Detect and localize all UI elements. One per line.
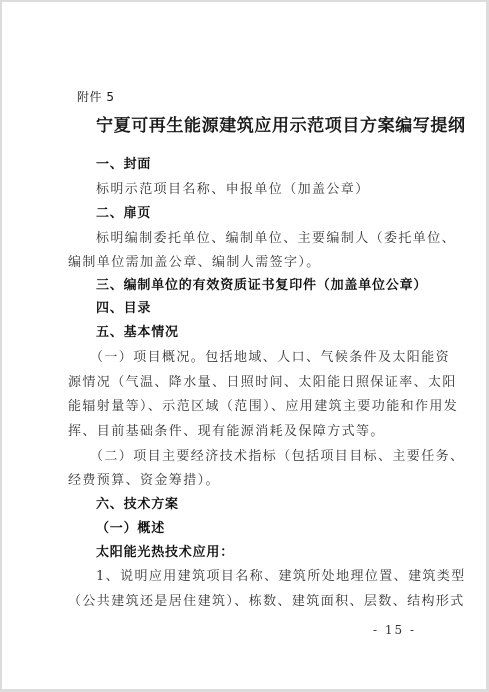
paragraph-line: 标明示范项目名称、申报单位（加盖公章） [96, 182, 370, 198]
paragraph-line: （公共建筑还是居住建筑）、栋数、建筑面积、层数、结构形式 [68, 594, 465, 610]
paragraph-line: 能辐射量等）、示范区域（范围）、应用建筑主要功能和作用发 [68, 399, 458, 415]
attachment-label: 附件 5 [77, 89, 114, 105]
paragraph-line: 挥、目前基础条件、现有能源消耗及保障方式等。 [68, 424, 385, 440]
paragraph-line: 标明编制委托单位、编制单位、主要编制人（委托单位、 [96, 231, 456, 247]
subsection-heading-overview: （一）概述 [96, 521, 165, 537]
subsection-heading-solar-thermal: 太阳能光热技术应用： [96, 545, 234, 561]
section-heading-basic-info: 五、基本情况 [96, 325, 179, 341]
section-heading-technical: 六、技术方案 [96, 497, 179, 513]
section-heading-title-page: 二、扉页 [96, 206, 151, 222]
paragraph-line: 经费预算、资金筹措）。 [68, 473, 220, 489]
page-number: - 15 - [373, 622, 416, 638]
paragraph-line: （一）项目概况。包括地域、人口、气候条件及太阳能资 [90, 350, 450, 366]
section-heading-cover: 一、封面 [96, 157, 151, 173]
paragraph-line: （二）项目主要经济技术指标（包括项目目标、主要任务、 [90, 449, 464, 465]
section-heading-toc: 四、目录 [96, 301, 151, 317]
document-page: 附件 5 宁夏可再生能源建筑应用示范项目方案编写提纲 一、封面 标明示范项目名称… [0, 0, 489, 692]
document-title: 宁夏可再生能源建筑应用示范项目方案编写提纲 [96, 116, 466, 136]
paragraph-line: 1、说明应用建筑项目名称、建筑所处地理位置、建筑类型 [96, 569, 466, 585]
paragraph-line: 源情况（气温、降水量、日照时间、太阳能日照保证率、太阳 [68, 375, 457, 391]
section-heading-qualification: 三、编制单位的有效资质证书复印件（加盖单位公章） [96, 278, 427, 294]
paragraph-line: 编制单位需加盖公章、编制人需签字）。 [68, 255, 321, 271]
